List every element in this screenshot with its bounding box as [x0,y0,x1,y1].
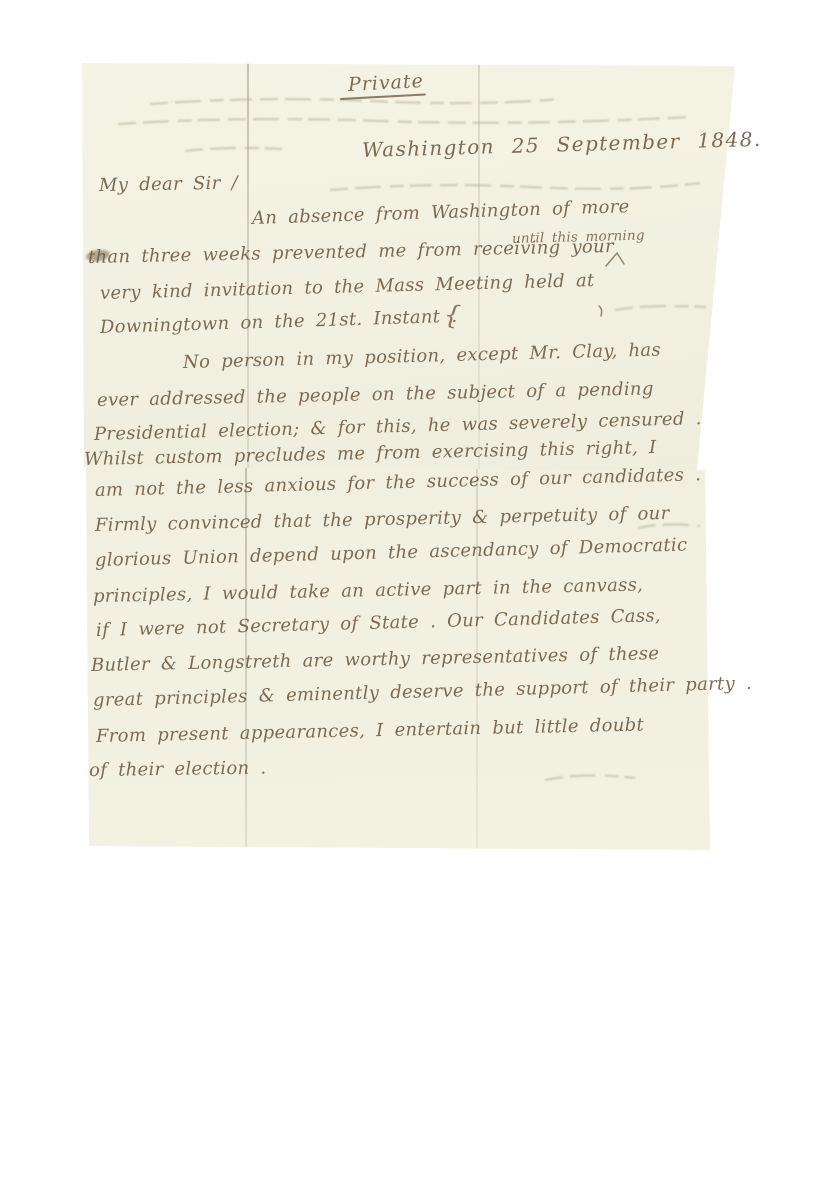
letter-dateline: Washington 25 September 1848. [362,127,762,162]
letter-line: Downingtown on the 21st. Instant . [100,306,458,338]
letter-line: principles, I would take an active part … [93,574,644,607]
letter-line: From present appearances, I entertain bu… [96,715,644,747]
letter-line: great principles & eminently deserve the… [93,673,753,711]
letter-photograph: Private Washington 25 September 1848. My… [0,0,819,1197]
letter-line: Firmly convinced that the prosperity & p… [95,503,670,536]
letter-line: Butler & Longstreth are worthy represent… [91,643,660,676]
letter-line: An absence from Washington of more [252,196,630,229]
pen-flourish: { [442,300,462,332]
letter-salutation: My dear Sir / [99,173,238,196]
letter-line: am not the less anxious for the success … [95,464,702,501]
letter-line: glorious Union depend upon the ascendanc… [95,534,688,571]
letter-heading-private: Private [347,70,424,96]
letter-line: than three weeks prevented me from recei… [88,236,614,268]
handwriting-layer: Private Washington 25 September 1848. My… [0,0,819,1197]
letter-line: very kind invitation to the Mass Meeting… [100,270,595,304]
letter-line: of their election . [89,758,267,781]
letter-line: ever addressed the people on the subject… [97,378,654,411]
letter-line: No person in my position, except Mr. Cla… [183,339,661,373]
letter-line: if I were not Secretary of State . Our C… [96,605,661,641]
